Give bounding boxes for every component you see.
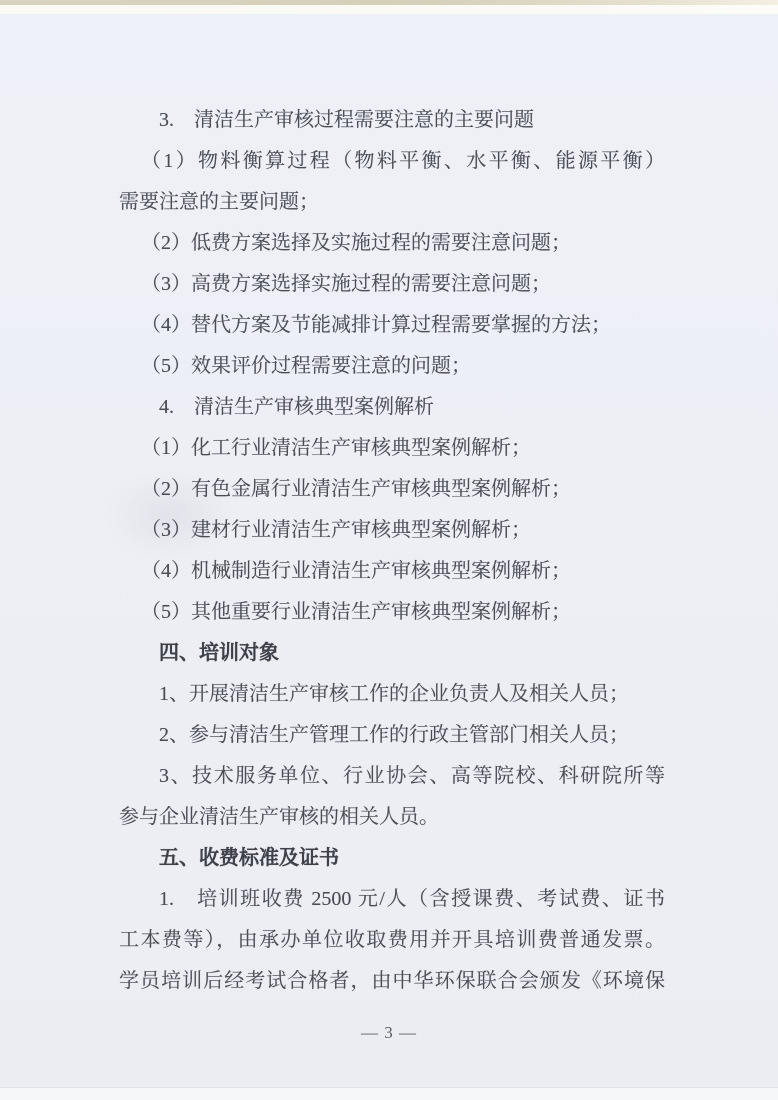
text-line: 1、开展清洁生产审核工作的企业负责人及相关人员； <box>119 674 665 715</box>
text-line: 四、培训对象 <box>119 633 665 674</box>
text-line: （2）低费方案选择及实施过程的需要注意问题； <box>119 223 665 264</box>
text-line: 2、参与清洁生产管理工作的行政主管部门相关人员； <box>119 715 665 756</box>
text-line: （4）机械制造行业清洁生产审核典型案例解析； <box>119 551 665 592</box>
text-line: 学员培训后经考试合格者，由中华环保联合会颁发《环境保 <box>119 961 665 1002</box>
text-line: 五、收费标准及证书 <box>119 838 665 879</box>
text-line: （3）高费方案选择实施过程的需要注意问题； <box>119 264 665 305</box>
text-line: （4）替代方案及节能减排计算过程需要掌握的方法； <box>119 305 665 346</box>
text-line: （5）效果评价过程需要注意的问题； <box>119 346 665 387</box>
text-line: 参与企业清洁生产审核的相关人员。 <box>119 797 665 838</box>
scan-bottom-edge-artifact <box>0 1087 778 1100</box>
scan-top-white-band <box>0 5 778 14</box>
text-line: （2）有色金属行业清洁生产审核典型案例解析； <box>119 469 665 510</box>
text-line: 工本费等），由承办单位收取费用并开具培训费普通发票。 <box>119 920 665 961</box>
text-line: （5）其他重要行业清洁生产审核典型案例解析； <box>119 592 665 633</box>
text-line: （1）化工行业清洁生产审核典型案例解析； <box>119 428 665 469</box>
text-line: 1. 培训班收费 2500 元/人（含授课费、考试费、证书 <box>119 879 665 920</box>
text-line: 3. 清洁生产审核过程需要注意的主要问题 <box>119 100 665 141</box>
text-line: （1）物料衡算过程（物料平衡、水平衡、能源平衡） <box>119 141 665 182</box>
scanned-document-page: 3. 清洁生产审核过程需要注意的主要问题（1）物料衡算过程（物料平衡、水平衡、能… <box>0 0 778 1100</box>
text-line: 3、技术服务单位、行业协会、高等院校、科研院所等 <box>119 756 665 797</box>
text-line: 4. 清洁生产审核典型案例解析 <box>119 387 665 428</box>
page-number: — 3 — <box>0 1018 778 1048</box>
text-line: （3）建材行业清洁生产审核典型案例解析； <box>119 510 665 551</box>
text-line: 需要注意的主要问题； <box>119 182 665 223</box>
document-body: 3. 清洁生产审核过程需要注意的主要问题（1）物料衡算过程（物料平衡、水平衡、能… <box>119 100 665 1002</box>
